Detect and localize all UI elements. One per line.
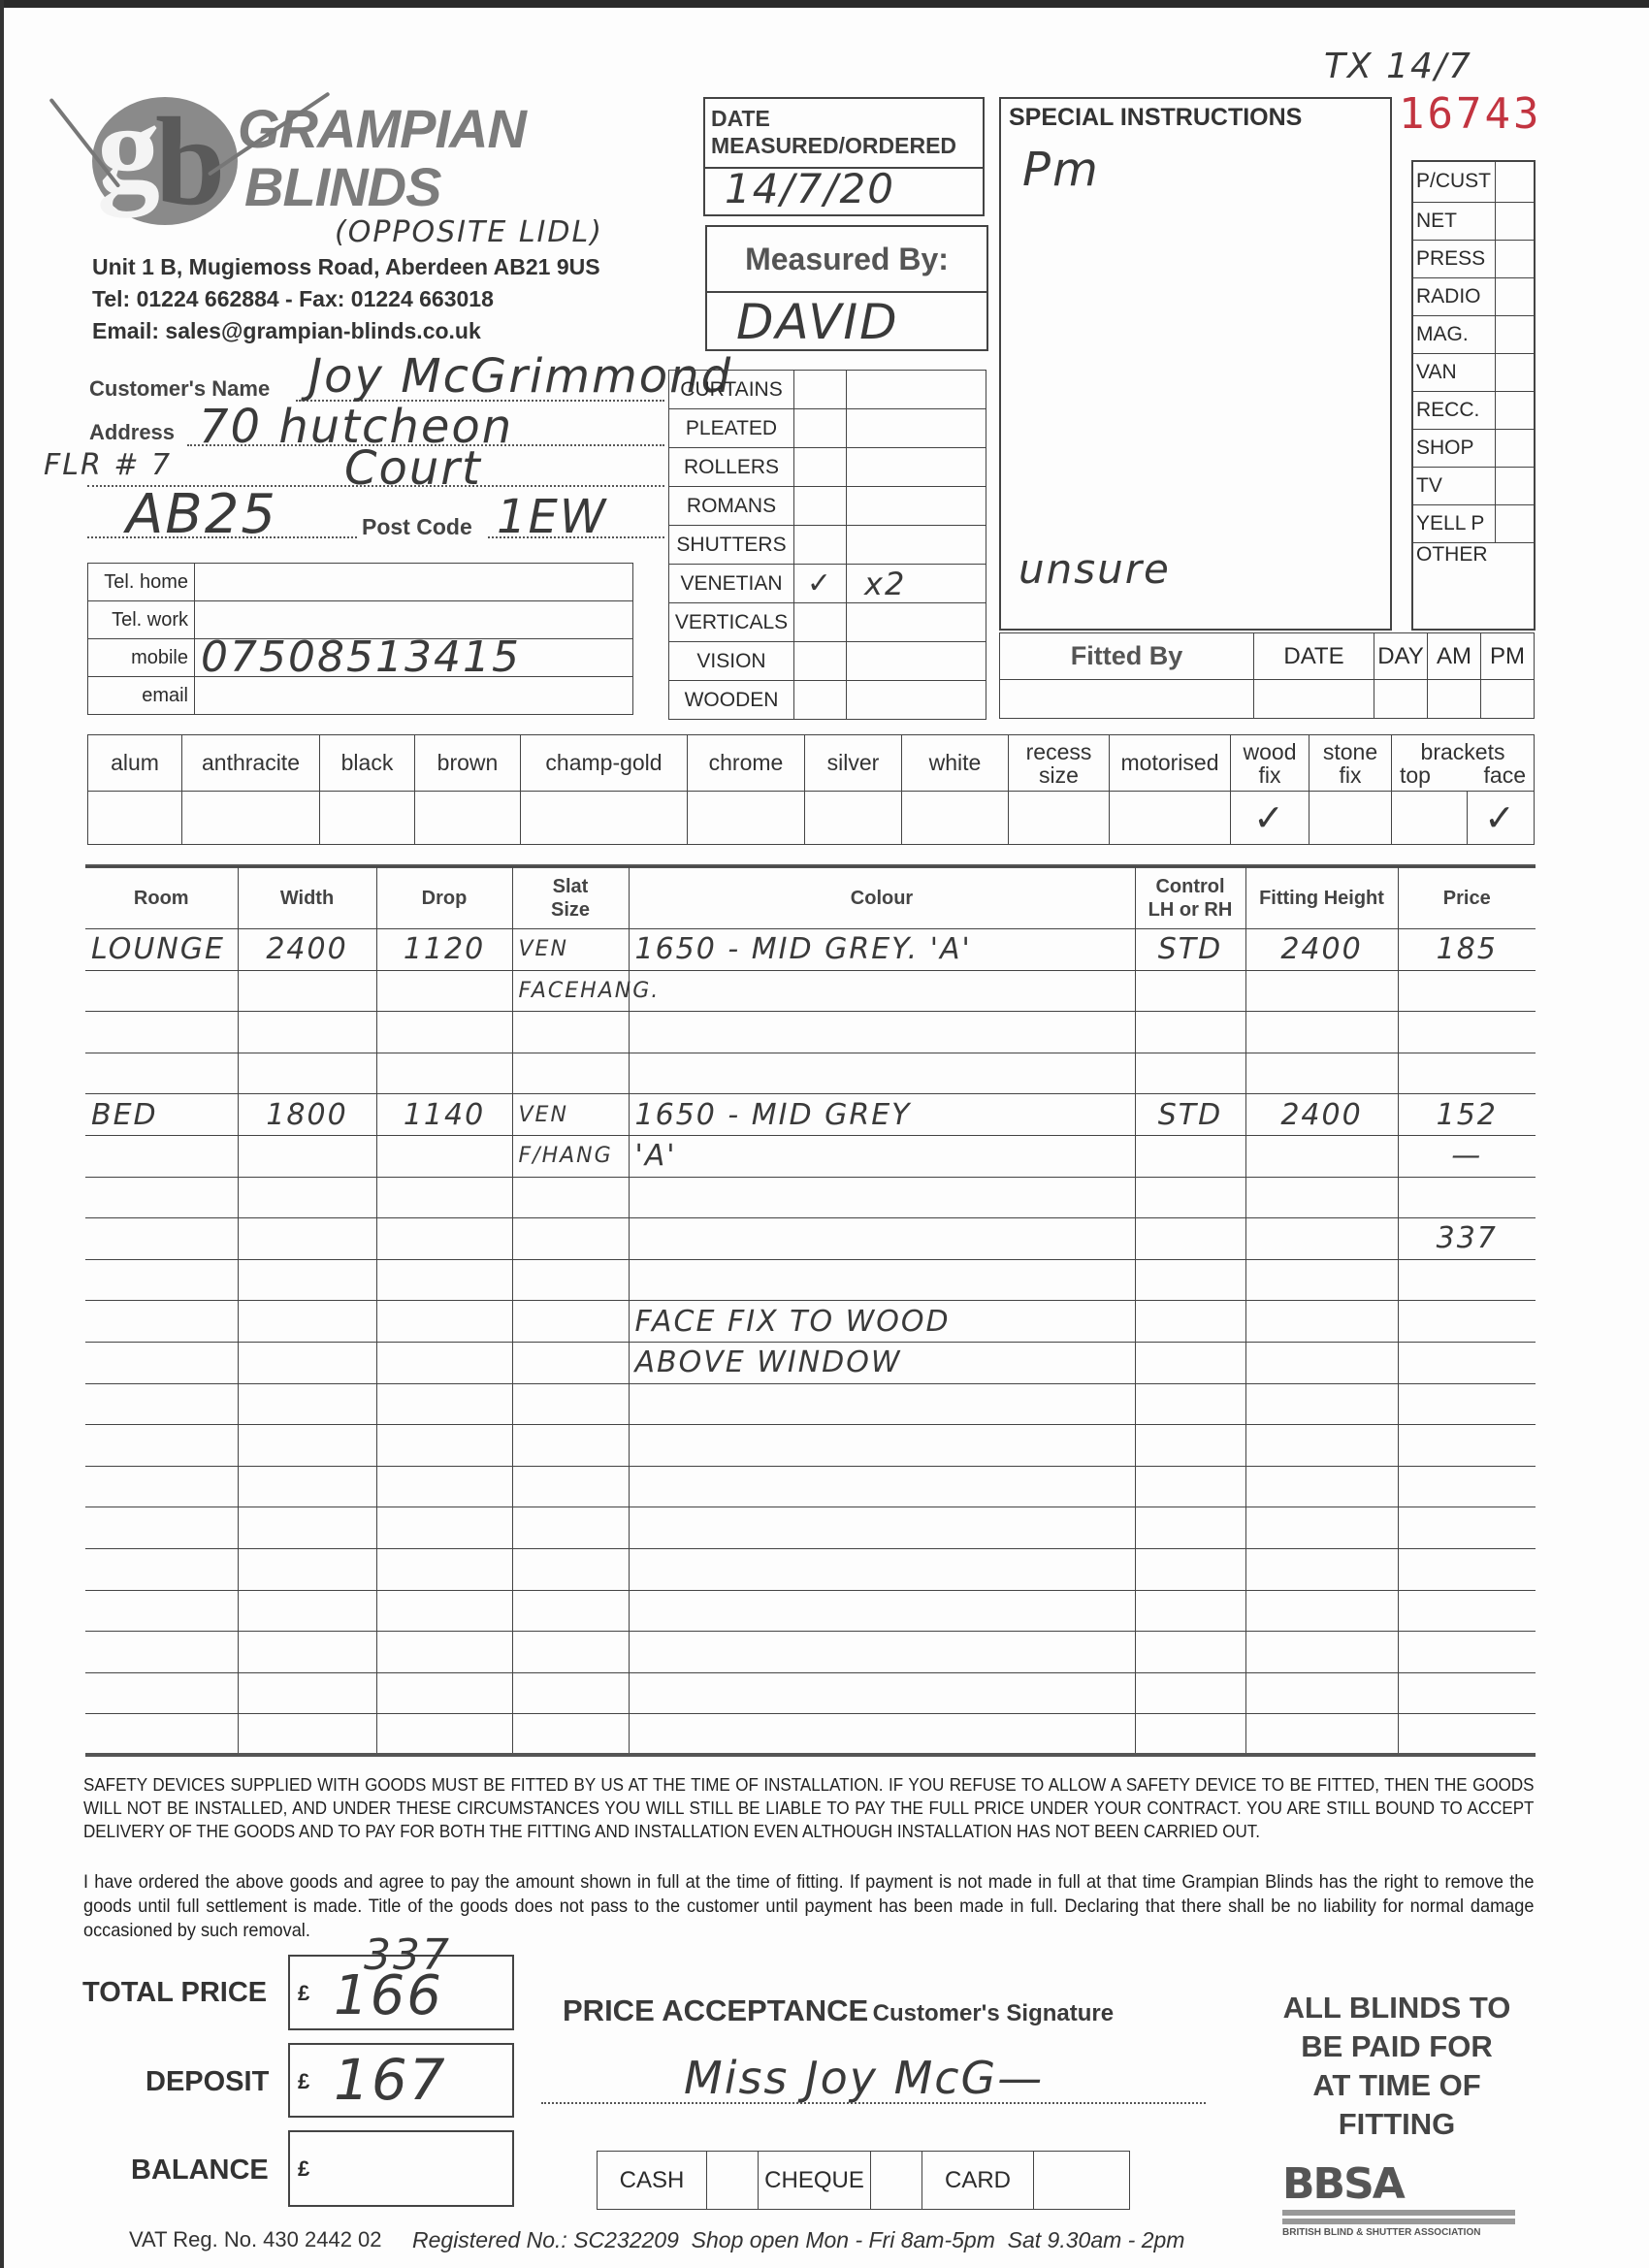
order-room-cell[interactable]	[85, 1342, 238, 1383]
lead-source-label: P/CUST	[1413, 162, 1495, 202]
lead-source-label: OTHER	[1413, 542, 1534, 628]
order-colour-cell[interactable]	[629, 1425, 1135, 1467]
slat-header-line1: Slat	[513, 875, 629, 898]
lead-source-row[interactable]: TV	[1413, 467, 1534, 504]
order-control-cell[interactable]	[1135, 1590, 1245, 1632]
order-colour-cell[interactable]	[629, 1177, 1135, 1218]
order-fitting-height-cell[interactable]	[1245, 1383, 1398, 1425]
option-alum-field[interactable]	[88, 792, 182, 845]
order-room-cell[interactable]	[85, 1301, 238, 1343]
order-colour-cell[interactable]	[629, 1466, 1135, 1507]
order-width-cell[interactable]	[238, 1425, 376, 1467]
order-colour-cell[interactable]	[629, 1548, 1135, 1590]
fitted-day-label: DAY	[1374, 633, 1428, 680]
order-width-cell[interactable]	[238, 1672, 376, 1714]
balance-box[interactable]: £	[288, 2130, 514, 2207]
address-line2-value[interactable]: Court	[344, 441, 482, 496]
control-header-line1: Control	[1136, 875, 1245, 898]
fitted-date-label: DATE	[1254, 633, 1374, 680]
table-row	[85, 1590, 1536, 1632]
option-white-field[interactable]	[902, 792, 1009, 845]
table-row	[85, 1632, 1536, 1673]
order-colour-cell[interactable]	[629, 1590, 1135, 1632]
deposit-box[interactable]: £ 167	[288, 2043, 514, 2118]
order-price-cell[interactable]	[1398, 1012, 1536, 1053]
special-instructions-note[interactable]: unsure	[1018, 545, 1171, 593]
product-qty[interactable]	[847, 409, 986, 448]
deposit-value[interactable]: 167	[334, 2047, 447, 2113]
order-fitting-height-cell[interactable]	[1245, 1135, 1398, 1177]
option-motorised-field[interactable]	[1110, 792, 1231, 845]
order-control-cell[interactable]	[1135, 1425, 1245, 1467]
lead-source-row[interactable]: YELL P	[1413, 504, 1534, 542]
order-width-cell[interactable]	[238, 970, 376, 1012]
order-control-cell[interactable]	[1135, 1548, 1245, 1590]
order-drop-cell[interactable]	[376, 1466, 512, 1507]
order-drop-cell[interactable]	[376, 1507, 512, 1549]
order-fitting-height-cell[interactable]	[1245, 1177, 1398, 1218]
order-slat-cell[interactable]	[512, 1714, 629, 1756]
order-colour-cell[interactable]: 'A'	[629, 1135, 1135, 1177]
order-fitting-height-cell[interactable]	[1245, 1507, 1398, 1549]
option-header: anthracite	[182, 735, 320, 792]
order-width-cell[interactable]: 2400	[238, 929, 376, 971]
customer-name-label: Customer's Name	[89, 376, 270, 402]
order-drop-cell[interactable]	[376, 1218, 512, 1260]
room-header: Room	[85, 867, 238, 929]
fitted-pm-field[interactable]	[1481, 680, 1535, 719]
order-colour-cell[interactable]	[629, 1383, 1135, 1425]
order-fitting-height-cell[interactable]: 2400	[1245, 1094, 1398, 1136]
order-slat-cell[interactable]: VEN	[512, 929, 629, 971]
order-colour-cell[interactable]	[629, 1053, 1135, 1094]
option-black-field[interactable]	[320, 792, 415, 845]
option-header: stone fix	[1309, 735, 1392, 792]
order-control-cell[interactable]	[1135, 1177, 1245, 1218]
order-room-cell[interactable]	[85, 970, 238, 1012]
order-price-cell[interactable]	[1398, 1590, 1536, 1632]
brand-name-line2: BLINDS	[244, 155, 440, 218]
tel-home-field[interactable]	[195, 564, 633, 601]
order-colour-cell[interactable]: ABOVE WINDOW	[629, 1342, 1135, 1383]
lead-source-box: P/CUST NET PRESS RADIO MAG. VAN RECC. SH…	[1411, 160, 1536, 631]
order-room-cell[interactable]	[85, 1714, 238, 1756]
order-drop-cell[interactable]: 1140	[376, 1094, 512, 1136]
order-width-cell[interactable]	[238, 1590, 376, 1632]
lead-source-row[interactable]: SHOP	[1413, 429, 1534, 467]
option-silver-field[interactable]	[805, 792, 902, 845]
lead-source-row[interactable]: RADIO	[1413, 277, 1534, 315]
order-width-cell[interactable]	[238, 1714, 376, 1756]
brackets-header: brackets top face	[1392, 735, 1535, 792]
order-price-cell[interactable]: 185	[1398, 929, 1536, 971]
currency-symbol: £	[298, 2156, 309, 2182]
order-control-cell[interactable]: STD	[1135, 1094, 1245, 1136]
order-colour-cell[interactable]	[629, 1259, 1135, 1301]
customer-signature[interactable]: Miss Joy McG—	[684, 2052, 1044, 2104]
order-colour-cell[interactable]: 1650 - MID GREY	[629, 1094, 1135, 1136]
order-colour-cell[interactable]	[629, 1632, 1135, 1673]
product-row[interactable]: VISION	[669, 642, 986, 681]
special-instructions-note[interactable]: Pm	[1022, 143, 1100, 197]
table-row	[85, 1425, 1536, 1467]
order-slat-cell[interactable]	[512, 1632, 629, 1673]
measured-by-value[interactable]: DAVID	[707, 293, 986, 351]
order-width-cell[interactable]: 1800	[238, 1094, 376, 1136]
order-control-cell[interactable]	[1135, 1383, 1245, 1425]
notice-line: FITTING	[1251, 2105, 1542, 2144]
order-slat-cell[interactable]	[512, 1342, 629, 1383]
venetian-check-icon[interactable]: ✓	[794, 565, 847, 603]
order-price-cell[interactable]	[1398, 970, 1536, 1012]
product-check[interactable]	[794, 526, 847, 565]
registration-and-hours: Registered No.: SC232209 Shop open Mon -…	[412, 2227, 1184, 2253]
product-row[interactable]: PLEATED	[669, 409, 986, 448]
order-slat-cell[interactable]: VEN	[512, 1094, 629, 1136]
fitted-date-field[interactable]	[1254, 680, 1374, 719]
order-width-cell[interactable]	[238, 1466, 376, 1507]
order-slat-cell[interactable]	[512, 1177, 629, 1218]
order-drop-cell[interactable]	[376, 1632, 512, 1673]
order-drop-cell[interactable]	[376, 1053, 512, 1094]
special-instructions-label: SPECIAL INSTRUCTIONS	[1001, 99, 1390, 137]
order-control-cell[interactable]	[1135, 1466, 1245, 1507]
company-phone-fax: Tel: 01224 662884 - Fax: 01224 663018	[92, 286, 494, 312]
order-width-cell[interactable]	[238, 1177, 376, 1218]
table-row	[85, 1053, 1536, 1094]
order-room-cell[interactable]	[85, 1632, 238, 1673]
notice-line: ALL BLINDS TO	[1251, 1989, 1542, 2027]
table-row: FACEHANG.	[85, 970, 1536, 1012]
order-control-cell[interactable]	[1135, 1053, 1245, 1094]
colour-header: Colour	[629, 867, 1135, 929]
lead-source-row[interactable]: RECC.	[1413, 391, 1534, 429]
order-slat-cell[interactable]	[512, 1507, 629, 1549]
order-drop-cell[interactable]	[376, 1425, 512, 1467]
order-price-cell[interactable]	[1398, 1425, 1536, 1467]
brackets-face-check-icon[interactable]: ✓	[1468, 792, 1535, 845]
product-label: CURTAINS	[669, 371, 794, 409]
order-price-cell[interactable]	[1398, 1714, 1536, 1756]
option-anthracite-field[interactable]	[182, 792, 320, 845]
product-check[interactable]	[794, 603, 847, 642]
order-fitting-height-cell[interactable]	[1245, 970, 1398, 1012]
order-price-cell[interactable]	[1398, 1672, 1536, 1714]
order-drop-cell[interactable]	[376, 1714, 512, 1756]
product-check[interactable]	[794, 487, 847, 526]
table-row	[85, 1383, 1536, 1425]
order-price-cell[interactable]	[1398, 1053, 1536, 1094]
order-colour-cell[interactable]: FACE FIX TO WOOD	[629, 1301, 1135, 1343]
lead-source-row[interactable]: OTHER	[1413, 542, 1534, 628]
fitted-by-field[interactable]	[1000, 680, 1254, 719]
product-check[interactable]	[794, 681, 847, 720]
address-line3-value[interactable]: AB25	[126, 483, 277, 546]
order-room-cell[interactable]	[85, 1425, 238, 1467]
order-colour-cell[interactable]	[629, 1672, 1135, 1714]
lead-source-row[interactable]: PRESS	[1413, 240, 1534, 277]
product-qty[interactable]	[847, 448, 986, 487]
product-qty[interactable]	[847, 681, 986, 720]
table-row: FACE FIX TO WOOD	[85, 1301, 1536, 1343]
order-room-cell[interactable]	[85, 1053, 238, 1094]
order-room-cell[interactable]	[85, 1466, 238, 1507]
order-control-cell[interactable]	[1135, 1012, 1245, 1053]
wood-fix-check-icon[interactable]: ✓	[1231, 792, 1309, 845]
product-row[interactable]: SHUTTERS	[669, 526, 986, 565]
lead-source-label: NET	[1413, 202, 1495, 240]
order-price-cell[interactable]: —	[1398, 1135, 1536, 1177]
order-width-cell[interactable]	[238, 1053, 376, 1094]
order-fitting-height-cell[interactable]	[1245, 1714, 1398, 1756]
order-fitting-height-cell[interactable]	[1245, 1632, 1398, 1673]
scan-top-edge	[0, 0, 1649, 8]
order-price-cell[interactable]	[1398, 1466, 1536, 1507]
order-fitting-height-cell[interactable]: 2400	[1245, 929, 1398, 971]
order-control-cell[interactable]	[1135, 1342, 1245, 1383]
order-fitting-height-cell[interactable]	[1245, 1012, 1398, 1053]
order-drop-cell[interactable]	[376, 1259, 512, 1301]
order-room-cell[interactable]: LOUNGE	[85, 929, 238, 971]
payment-cash-checkbox[interactable]	[707, 2152, 759, 2210]
order-control-cell[interactable]: STD	[1135, 929, 1245, 971]
order-drop-cell[interactable]	[376, 1177, 512, 1218]
order-colour-cell[interactable]: 1650 - MID GREY. 'A'	[629, 929, 1135, 971]
order-price-cell[interactable]: 337	[1398, 1218, 1536, 1260]
order-slat-cell[interactable]	[512, 1590, 629, 1632]
product-label: VENETIAN	[669, 565, 794, 603]
option-stone-fix-field[interactable]	[1309, 792, 1392, 845]
order-fitting-height-cell[interactable]	[1245, 1466, 1398, 1507]
option-brown-field[interactable]	[415, 792, 521, 845]
order-room-cell[interactable]	[85, 1507, 238, 1549]
order-room-cell[interactable]	[85, 1177, 238, 1218]
order-control-cell[interactable]	[1135, 1672, 1245, 1714]
order-slat-cell[interactable]	[512, 1301, 629, 1343]
order-drop-cell[interactable]	[376, 1590, 512, 1632]
option-champ-gold-field[interactable]	[521, 792, 688, 845]
order-price-cell[interactable]	[1398, 1632, 1536, 1673]
notice-line: AT TIME OF	[1251, 2066, 1542, 2105]
location-note: (OPPOSITE LIDL)	[335, 215, 603, 249]
lead-source-row[interactable]: P/CUST	[1413, 162, 1534, 202]
mobile-field[interactable]: 07508513415	[195, 639, 633, 677]
order-colour-cell[interactable]	[629, 1012, 1135, 1053]
order-room-cell[interactable]	[85, 1135, 238, 1177]
order-price-cell[interactable]	[1398, 1507, 1536, 1549]
product-row[interactable]: VENETIAN✓x2	[669, 565, 986, 603]
product-row[interactable]: WOODEN	[669, 681, 986, 720]
product-row[interactable]: ROMANS	[669, 487, 986, 526]
order-room-cell[interactable]	[85, 1259, 238, 1301]
order-width-cell[interactable]	[238, 1301, 376, 1343]
order-fitting-height-cell[interactable]	[1245, 1259, 1398, 1301]
order-fitting-height-cell[interactable]	[1245, 1672, 1398, 1714]
order-control-cell[interactable]	[1135, 1259, 1245, 1301]
payment-method-table: CASH CHEQUE CARD	[597, 2151, 1130, 2210]
email-field[interactable]	[195, 677, 633, 715]
order-fitting-height-cell[interactable]	[1245, 1053, 1398, 1094]
product-qty[interactable]	[847, 526, 986, 565]
order-slat-cell[interactable]	[512, 1218, 629, 1260]
currency-symbol: £	[298, 1981, 309, 2006]
product-label: SHUTTERS	[669, 526, 794, 565]
floor-note: FLR # 7	[44, 448, 172, 482]
table-row	[85, 1507, 1536, 1549]
order-control-cell[interactable]	[1135, 1714, 1245, 1756]
table-row: ABOVE WINDOW	[85, 1342, 1536, 1383]
product-qty[interactable]: x2	[847, 565, 986, 603]
order-fitting-height-cell[interactable]	[1245, 1590, 1398, 1632]
fitted-am-field[interactable]	[1428, 680, 1481, 719]
order-slat-cell[interactable]	[512, 1053, 629, 1094]
date-measured-box: DATE MEASURED/ORDERED 14/7/20	[703, 97, 985, 216]
order-drop-cell[interactable]	[376, 1383, 512, 1425]
option-brackets-top-field[interactable]	[1392, 792, 1468, 845]
order-control-cell[interactable]	[1135, 1301, 1245, 1343]
lead-source-label: RADIO	[1413, 277, 1495, 315]
deposit-label: DEPOSIT	[145, 2066, 269, 2098]
order-control-cell[interactable]	[1135, 1218, 1245, 1260]
lead-source-row[interactable]: MAG.	[1413, 315, 1534, 353]
product-qty[interactable]	[847, 603, 986, 642]
product-label: PLEATED	[669, 409, 794, 448]
payment-cheque-checkbox[interactable]	[871, 2152, 922, 2210]
options-table: alum anthracite black brown champ-gold c…	[87, 734, 1535, 845]
order-fitting-height-cell[interactable]	[1245, 1548, 1398, 1590]
lead-source-row[interactable]: NET	[1413, 202, 1534, 240]
product-label: ROLLERS	[669, 448, 794, 487]
fitted-day-field[interactable]	[1374, 680, 1428, 719]
order-drop-cell[interactable]	[376, 1135, 512, 1177]
order-width-cell[interactable]	[238, 1632, 376, 1673]
order-room-cell[interactable]	[85, 1672, 238, 1714]
product-check[interactable]	[794, 371, 847, 409]
order-slat-cell[interactable]	[512, 1012, 629, 1053]
order-drop-cell[interactable]	[376, 1342, 512, 1383]
order-room-cell[interactable]	[85, 1218, 238, 1260]
order-slat-cell[interactable]: F/HANG	[512, 1135, 629, 1177]
order-width-cell[interactable]	[238, 1135, 376, 1177]
postcode-value[interactable]: 1EW	[497, 490, 607, 544]
order-width-cell[interactable]	[238, 1218, 376, 1260]
order-slat-cell[interactable]: FACEHANG.	[512, 970, 629, 1012]
product-row[interactable]: VERTICALS	[669, 603, 986, 642]
order-width-cell[interactable]	[238, 1012, 376, 1053]
order-price-cell[interactable]	[1398, 1383, 1536, 1425]
option-recess-size-field[interactable]	[1009, 792, 1110, 845]
order-width-cell[interactable]	[238, 1548, 376, 1590]
order-drop-cell[interactable]	[376, 1548, 512, 1590]
bbsa-logo: BBSA BRITISH BLIND & SHUTTER ASSOCIATION	[1282, 2165, 1515, 2238]
order-colour-cell[interactable]	[629, 1218, 1135, 1260]
contact-label: mobile	[88, 639, 195, 677]
order-slat-cell[interactable]	[512, 1548, 629, 1590]
payment-card-checkbox[interactable]	[1034, 2152, 1130, 2210]
product-type-table: CURTAINS PLEATED ROLLERS ROMANS SHUTTERS…	[668, 370, 986, 720]
option-header: champ-gold	[521, 735, 688, 792]
order-drop-cell[interactable]: 1120	[376, 929, 512, 971]
order-control-cell[interactable]	[1135, 1507, 1245, 1549]
contact-label: email	[88, 677, 195, 715]
order-width-cell[interactable]	[238, 1342, 376, 1383]
address-label: Address	[89, 420, 175, 445]
slat-header-line2: Size	[513, 898, 629, 922]
order-drop-cell[interactable]	[376, 970, 512, 1012]
order-fitting-height-cell[interactable]	[1245, 1301, 1398, 1343]
order-price-cell[interactable]: 152	[1398, 1094, 1536, 1136]
measured-by-box: Measured By: DAVID	[705, 225, 988, 351]
table-row	[85, 1548, 1536, 1590]
order-fitting-height-cell[interactable]	[1245, 1425, 1398, 1467]
order-width-cell[interactable]	[238, 1383, 376, 1425]
order-room-cell[interactable]: BED	[85, 1094, 238, 1136]
contact-row: Tel. home	[88, 564, 633, 601]
order-room-cell[interactable]	[85, 1548, 238, 1590]
order-drop-cell[interactable]	[376, 1012, 512, 1053]
order-control-cell[interactable]	[1135, 1135, 1245, 1177]
product-label: VISION	[669, 642, 794, 681]
product-row[interactable]: CURTAINS	[669, 371, 986, 409]
order-fitting-height-cell[interactable]	[1245, 1342, 1398, 1383]
product-qty[interactable]	[847, 487, 986, 526]
order-drop-cell[interactable]	[376, 1301, 512, 1343]
option-header: brown	[415, 735, 521, 792]
order-room-cell[interactable]	[85, 1590, 238, 1632]
lead-source-row[interactable]: VAN	[1413, 353, 1534, 391]
order-slat-cell[interactable]	[512, 1672, 629, 1714]
safety-terms-text: SAFETY DEVICES SUPPLIED WITH GOODS MUST …	[83, 1773, 1534, 1843]
order-price-cell[interactable]	[1398, 1301, 1536, 1343]
order-slat-cell[interactable]	[512, 1383, 629, 1425]
order-colour-cell[interactable]	[629, 970, 1135, 1012]
order-price-cell[interactable]	[1398, 1342, 1536, 1383]
order-number: 16743	[1399, 89, 1541, 139]
order-slat-cell[interactable]	[512, 1425, 629, 1467]
order-price-cell[interactable]	[1398, 1259, 1536, 1301]
option-header: wood fix	[1231, 735, 1309, 792]
order-control-cell[interactable]	[1135, 970, 1245, 1012]
order-colour-cell[interactable]	[629, 1507, 1135, 1549]
brackets-face-label: face	[1484, 763, 1526, 787]
order-drop-cell[interactable]	[376, 1672, 512, 1714]
option-header: chrome	[688, 735, 805, 792]
vat-number: VAT Reg. No. 430 2442 02	[129, 2227, 382, 2252]
product-qty[interactable]	[847, 642, 986, 681]
order-fitting-height-cell[interactable]	[1245, 1218, 1398, 1260]
date-measured-value[interactable]: 14/7/20	[725, 165, 895, 212]
order-width-cell[interactable]	[238, 1507, 376, 1549]
product-qty[interactable]	[847, 371, 986, 409]
order-slat-cell[interactable]	[512, 1466, 629, 1507]
product-check[interactable]	[794, 409, 847, 448]
table-row: F/HANG'A'—	[85, 1135, 1536, 1177]
order-room-cell[interactable]	[85, 1383, 238, 1425]
order-colour-cell[interactable]	[629, 1714, 1135, 1756]
order-control-cell[interactable]	[1135, 1632, 1245, 1673]
product-label: ROMANS	[669, 487, 794, 526]
option-chrome-field[interactable]	[688, 792, 805, 845]
product-check[interactable]	[794, 642, 847, 681]
order-room-cell[interactable]	[85, 1012, 238, 1053]
order-width-cell[interactable]	[238, 1259, 376, 1301]
bbsa-caption: BRITISH BLIND & SHUTTER ASSOCIATION	[1282, 2227, 1515, 2238]
product-row[interactable]: ROLLERS	[669, 448, 986, 487]
order-price-cell[interactable]	[1398, 1177, 1536, 1218]
order-price-cell[interactable]	[1398, 1548, 1536, 1590]
order-slat-cell[interactable]	[512, 1259, 629, 1301]
product-check[interactable]	[794, 448, 847, 487]
